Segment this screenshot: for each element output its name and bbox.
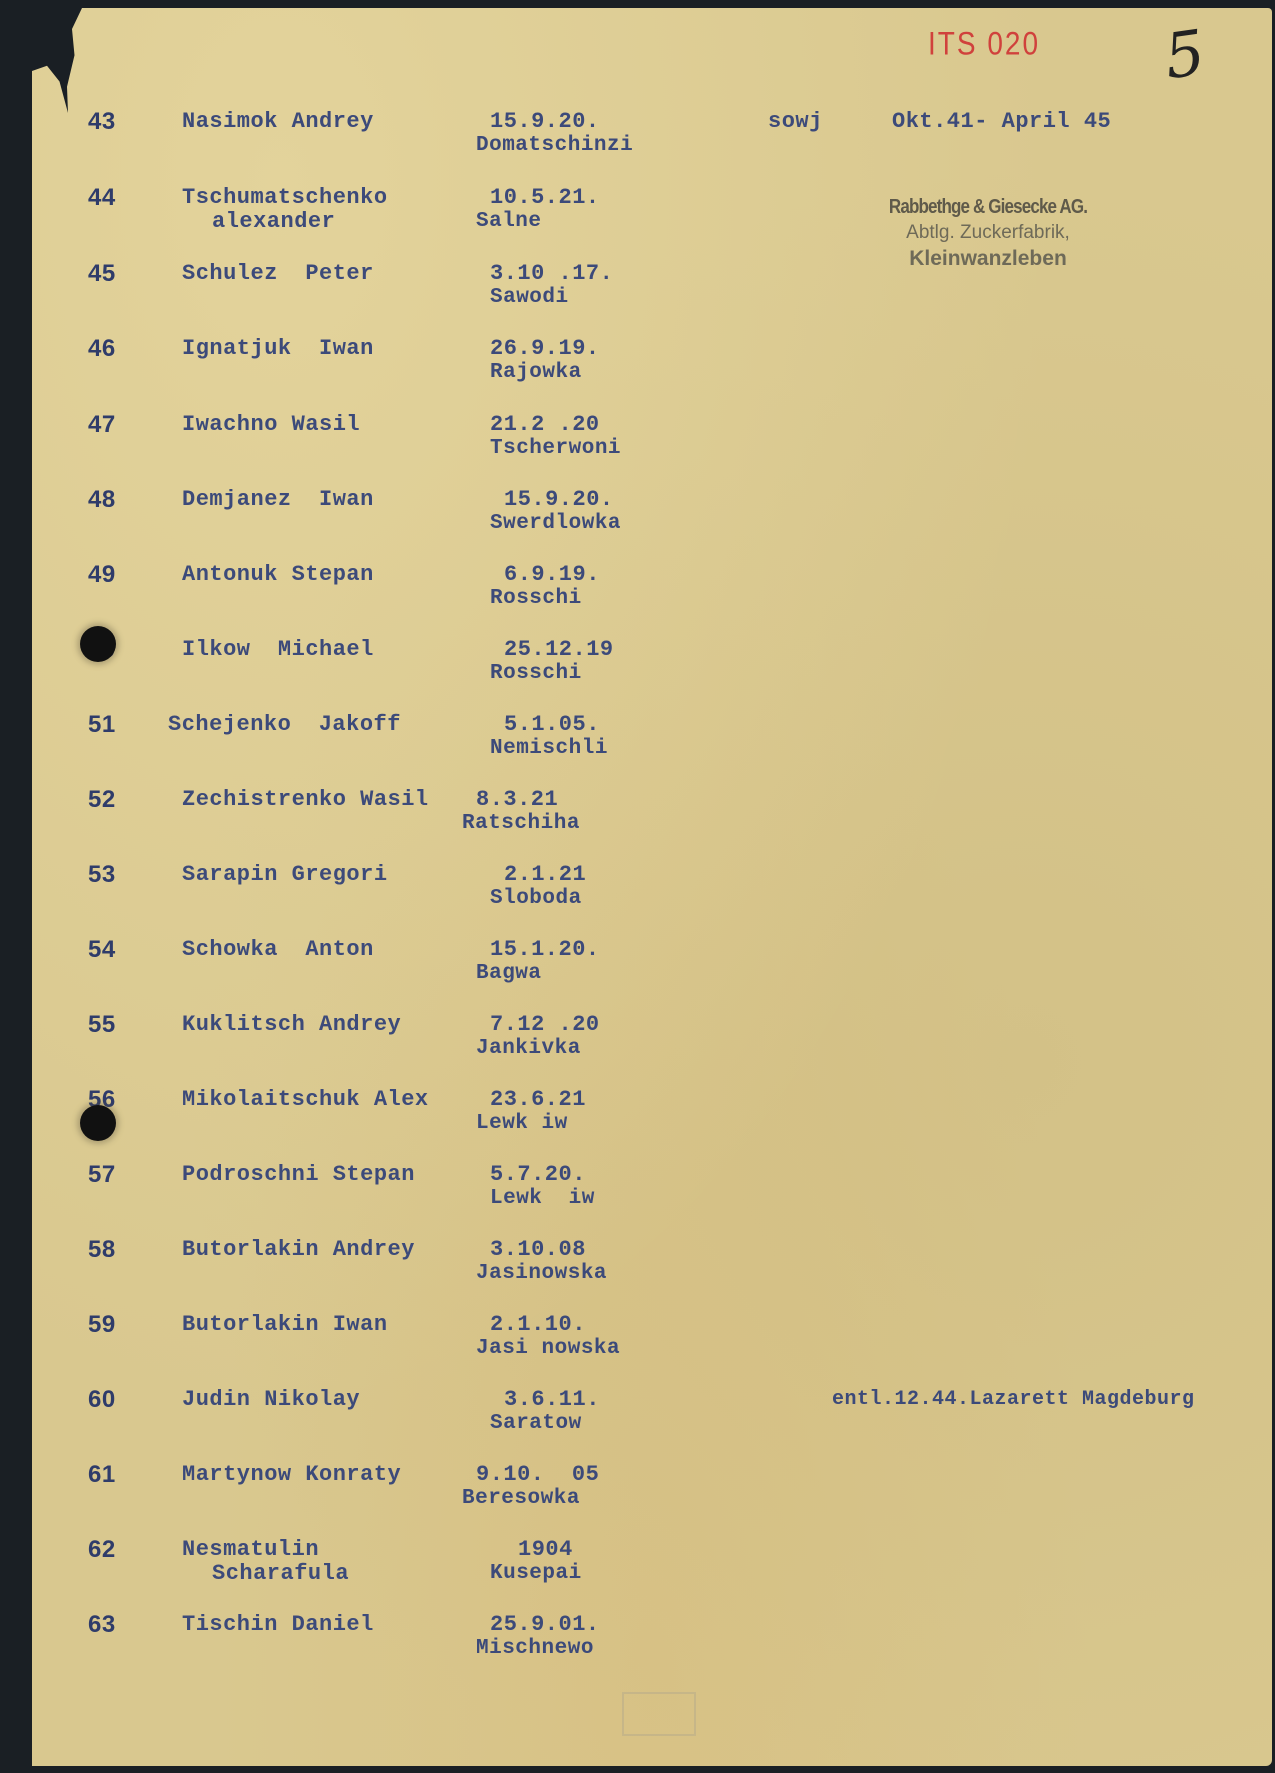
worker-name: Demjanez Iwan [182,488,374,512]
row-number: 48 [88,488,116,512]
birth-place: Tscherwoni [490,437,621,461]
worker-name: Ilkow Michael [182,638,374,662]
row-number: 61 [88,1463,116,1487]
birth-date: 15.1.20. [490,938,600,962]
birth-date: 23.6.21 [490,1088,586,1112]
birth-place: Rajowka [490,361,582,385]
birth-date: 15.9.20. [504,488,614,512]
row-number: 59 [88,1313,116,1337]
birth-place: Sloboda [490,887,582,911]
worker-name: Zechistrenko Wasil [182,788,429,812]
birth-date: 26.9.19. [490,337,600,361]
birth-place: Swerdlowka [490,512,621,536]
birth-place: Rosschi [490,587,582,611]
row-number: 55 [88,1013,116,1037]
birth-date: 15.9.20. [490,110,600,134]
birth-place: Ratschiha [462,812,580,836]
birth-place: Jasinowska [476,1262,607,1286]
birth-date: 10.5.21. [490,186,600,210]
birth-date: 1904 [518,1538,573,1562]
employment-period: Okt.41- April 45 [892,110,1111,134]
worker-name: Schulez Peter [182,262,374,286]
worker-name: Schowka Anton [182,938,374,962]
worker-name: Kuklitsch Andrey [182,1013,401,1037]
faint-stamp-mark [622,1692,696,1736]
birth-place: Beresowka [462,1487,580,1511]
company-stamp-line3: Kleinwanzleben [868,246,1108,272]
birth-place: Rosschi [490,662,582,686]
worker-name: Butorlakin Iwan [182,1313,388,1337]
birth-place: Nemischli [490,737,608,761]
worker-name: Sarapin Gregori [182,863,388,887]
nationality: sowj [768,110,823,134]
birth-place: Kusepai [490,1562,582,1586]
birth-place: Mischnewo [476,1637,594,1661]
row-number: 43 [88,110,116,134]
worker-name: Tschumatschenko [182,186,388,210]
company-stamp-line1: Rabbethge & Giesecke AG. [886,194,1090,220]
birth-place: Lewk iw [490,1187,595,1211]
worker-name: Ignatjuk Iwan [182,337,374,361]
company-stamp-line2: Abtlg. Zuckerfabrik, [868,220,1108,246]
worker-name: Judin Nikolay [182,1388,360,1412]
birth-place: Lewk iw [476,1112,568,1136]
row-number: 57 [88,1163,116,1187]
birth-place: Saratow [490,1412,582,1436]
birth-date: 2.1.10. [490,1313,586,1337]
birth-place: Sawodi [490,286,569,310]
row-number: 58 [88,1238,116,1262]
row-number: 54 [88,938,116,962]
row-number: 46 [88,337,116,361]
worker-name-cont: Scharafula [212,1562,349,1586]
birth-date: 3.10 .17. [490,262,613,286]
birth-place: Bagwa [476,962,542,986]
worker-name: Iwachno Wasil [182,413,360,437]
row-number: 60 [88,1388,116,1412]
birth-date: 21.2 .20 [490,413,600,437]
birth-date: 2.1.21 [504,863,586,887]
hole-punch [80,626,116,662]
row-number: 63 [88,1613,116,1637]
row-number: 45 [88,262,116,286]
birth-date: 9.10. 05 [476,1463,599,1487]
birth-date: 8.3.21 [476,788,558,812]
row-number: 62 [88,1538,116,1562]
remark: entl.12.44.Lazarett Magdeburg [832,1388,1195,1412]
worker-name: Nesmatulin [182,1538,319,1562]
row-number: 47 [88,413,116,437]
birth-date: 7.12 .20 [490,1013,600,1037]
birth-date: 3.6.11. [504,1388,600,1412]
worker-name: Mikolaitschuk Alex [182,1088,429,1112]
worker-name: Nasimok Andrey [182,110,374,134]
birth-place: Jankivka [476,1037,581,1061]
birth-date: 5.1.05. [504,713,600,737]
birth-date: 6.9.19. [504,563,600,587]
company-stamp: Rabbethge & Giesecke AG. Abtlg. Zuckerfa… [868,194,1108,272]
worker-name: Butorlakin Andrey [182,1238,415,1262]
birth-date: 25.9.01. [490,1613,600,1637]
worker-name: Tischin Daniel [182,1613,374,1637]
worker-name-cont: alexander [212,210,335,234]
birth-date: 3.10.08 [490,1238,586,1262]
birth-place: Domatschinzi [476,134,633,158]
birth-date: 25.12.19 [504,638,614,662]
row-number: 52 [88,788,116,812]
birth-date: 5.7.20. [490,1163,586,1187]
birth-place: Salne [476,210,542,234]
row-number: 53 [88,863,116,887]
row-number: 51 [88,713,116,737]
row-number: 49 [88,563,116,587]
hole-punch [80,1105,116,1141]
worker-name: Antonuk Stepan [182,563,374,587]
birth-place: Jasi nowska [476,1337,620,1361]
worker-name: Podroschni Stepan [182,1163,415,1187]
archive-stamp: ITS 020 [928,26,1040,63]
row-number: 44 [88,186,116,210]
worker-name: Martynow Konraty [182,1463,401,1487]
worker-name: Schejenko Jakoff [168,713,401,737]
